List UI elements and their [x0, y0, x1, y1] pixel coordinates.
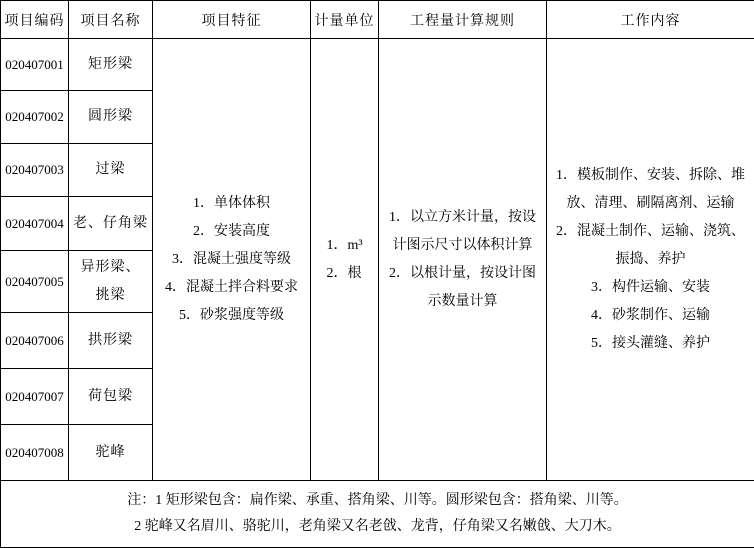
name-cell-4: 老、仔角梁: [69, 197, 153, 251]
code-cell-1: 020407001: [1, 39, 69, 91]
header-row: 项目编码 项目名称 项目特征 计量单位 工程量计算规则 工作内容: [1, 1, 754, 39]
spec-table-page: 项目编码 项目名称 项目特征 计量单位 工程量计算规则 工作内容 0204070…: [0, 0, 754, 548]
header-project-code: 项目编码: [1, 1, 69, 39]
work-cell: 1．模板制作、安装、拆除、堆 放、清理、刷隔离剂、运输 2．混凝土制作、运输、浇…: [547, 39, 754, 481]
name-cell-6: 拱形梁: [69, 313, 153, 369]
beam-spec-table: 项目编码 项目名称 项目特征 计量单位 工程量计算规则 工作内容 0204070…: [0, 0, 754, 548]
code-cell-4: 020407004: [1, 197, 69, 251]
name-cell-5: 异形梁、 挑梁: [69, 251, 153, 313]
unit-cell: 1．m³ 2．根: [311, 39, 379, 481]
code-cell-6: 020407006: [1, 313, 69, 369]
unit-list: 1．m³ 2．根: [326, 232, 362, 288]
name-cell-7: 荷包梁: [69, 369, 153, 425]
features-cell: 1．单体体积 2．安装高度 3．混凝土强度等级 4．混凝土拌合料要求 5．砂浆强…: [153, 39, 311, 481]
code-cell-7: 020407007: [1, 369, 69, 425]
name-cell-3: 过梁: [69, 144, 153, 197]
name-cell-8: 驼峰: [69, 425, 153, 481]
header-work-content: 工作内容: [547, 1, 754, 39]
header-measure-unit: 计量单位: [311, 1, 379, 39]
code-cell-2: 020407002: [1, 91, 69, 144]
name-cell-1: 矩形梁: [69, 39, 153, 91]
code-cell-8: 020407008: [1, 425, 69, 481]
notes-row: 注：1 矩形梁包含：扁作梁、承重、搭角梁、川等。圆形梁包含：搭角梁、川等。 2 …: [1, 481, 754, 548]
name-cell-2: 圆形梁: [69, 91, 153, 144]
header-quantity-rules: 工程量计算规则: [379, 1, 547, 39]
code-cell-5: 020407005: [1, 251, 69, 313]
code-cell-3: 020407003: [1, 144, 69, 197]
rules-cell: 1．以立方米计量，按设 计图示尺寸以体积计算 2．以根计量，按设计图 示数量计算: [379, 39, 547, 481]
header-project-name: 项目名称: [69, 1, 153, 39]
header-project-features: 项目特征: [153, 1, 311, 39]
table-row: 020407001 矩形梁 1．单体体积 2．安装高度 3．混凝土强度等级 4．…: [1, 39, 754, 91]
notes-cell: 注：1 矩形梁包含：扁作梁、承重、搭角梁、川等。圆形梁包含：搭角梁、川等。 2 …: [1, 481, 754, 548]
